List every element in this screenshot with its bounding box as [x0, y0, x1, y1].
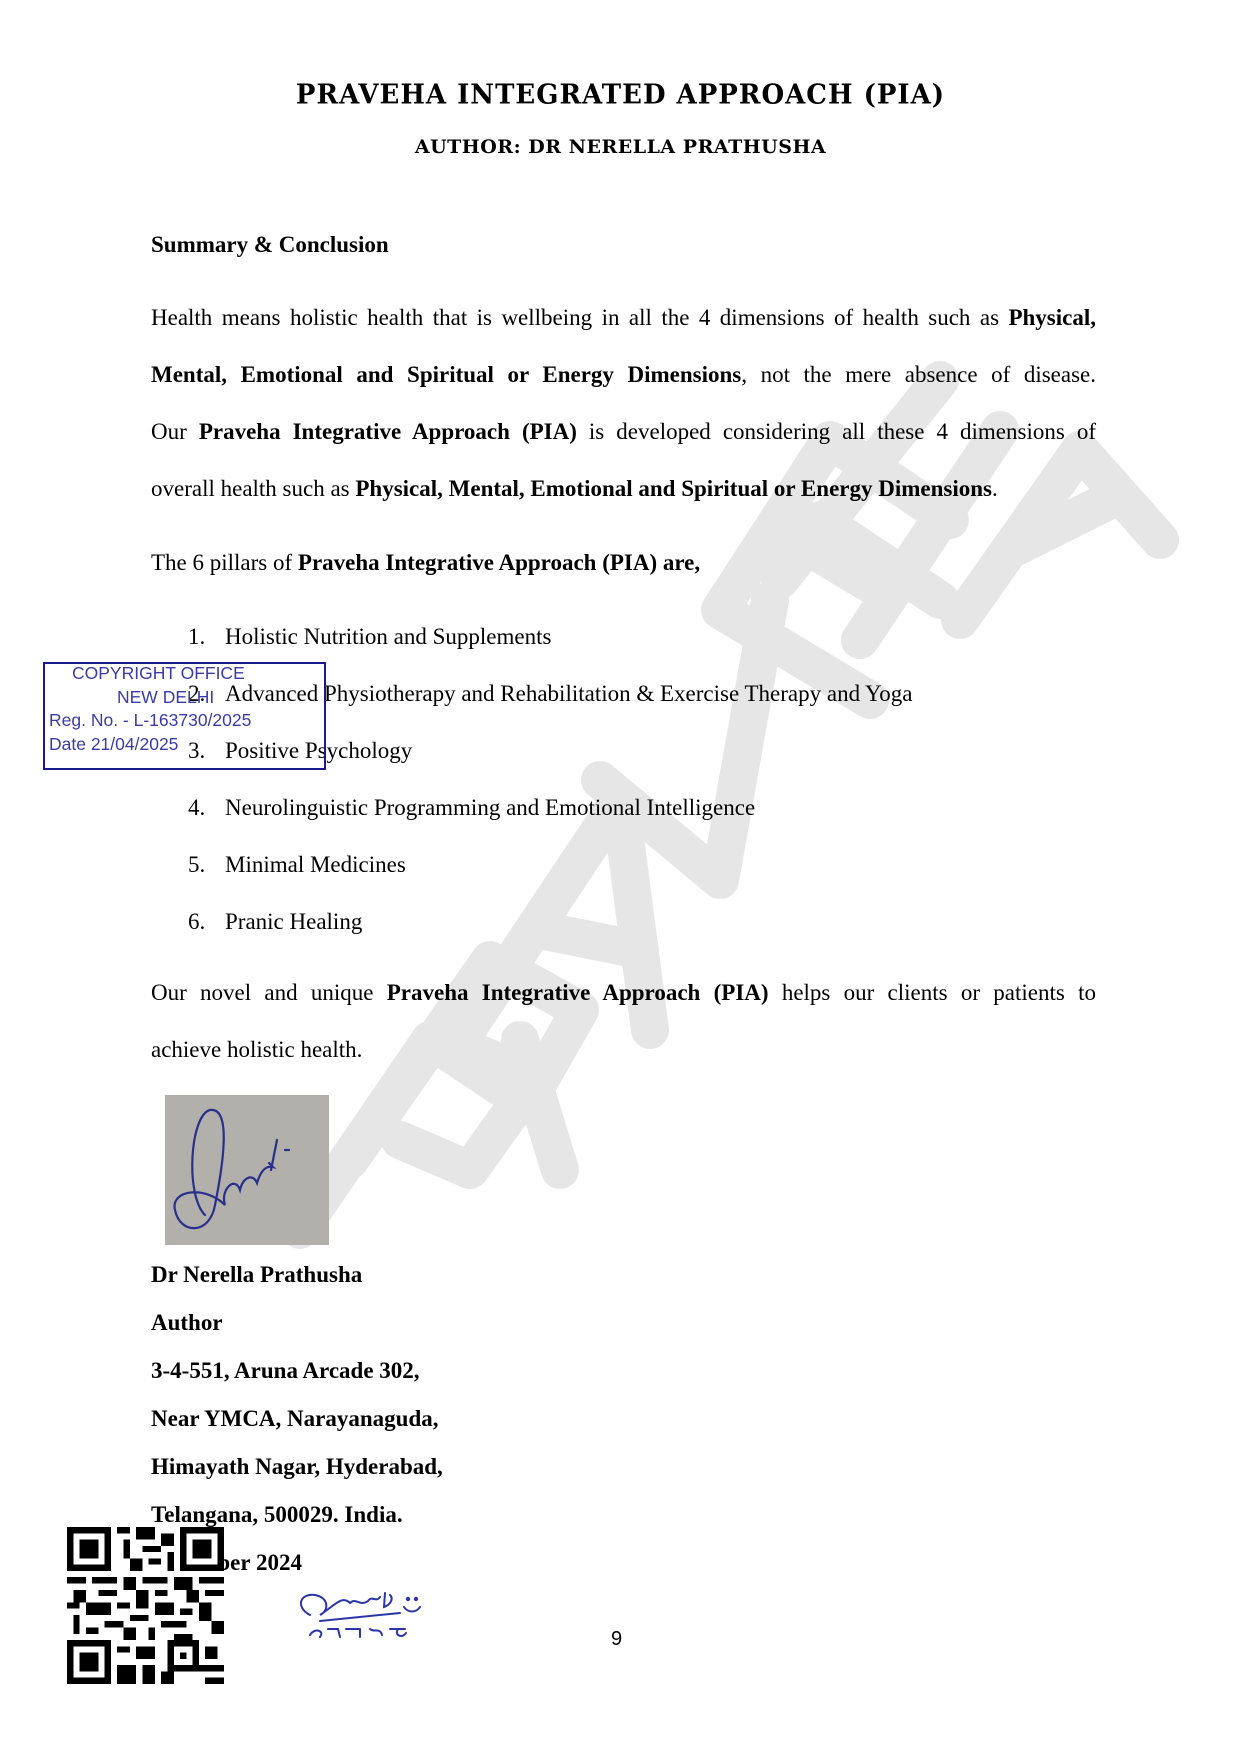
page-number: 9	[611, 1628, 622, 1651]
pillar-list-item: 6.Pranic Healing	[188, 909, 362, 935]
paragraph-1-line-1: Health means holistic health that is wel…	[151, 305, 1096, 331]
stamp-line: Date 21/04/2025	[45, 733, 324, 757]
list-label: Holistic Nutrition and Supplements	[225, 624, 551, 649]
text-run: Our	[151, 419, 199, 444]
praveha-watermark	[0, 0, 1241, 1755]
list-number: 5.	[188, 852, 225, 878]
text-run-bold: Praveha Integrative Approach (PIA)	[387, 980, 769, 1005]
pillar-list-item: 1.Holistic Nutrition and Supplements	[188, 624, 551, 650]
qr-code-icon[interactable]	[67, 1527, 224, 1684]
list-label: Pranic Healing	[225, 909, 362, 934]
text-run: Our novel and unique	[151, 980, 387, 1005]
conclusion-line-1: Our novel and unique Praveha Integrative…	[151, 980, 1096, 1006]
author-name: Dr Nerella Prathusha	[151, 1262, 362, 1288]
text-run-bold: Mental, Emotional and Spiritual or Energ…	[151, 362, 741, 387]
stamp-line: COPYRIGHT OFFICE	[45, 662, 324, 686]
list-number: 1.	[188, 624, 225, 650]
address-line: 3-4-551, Aruna Arcade 302,	[151, 1358, 420, 1384]
paragraph-1-line-4: overall health such as Physical, Mental,…	[151, 476, 998, 502]
text-run: , not the mere absence of disease.	[741, 362, 1096, 387]
copyright-office-stamp: COPYRIGHT OFFICE NEW DELHI Reg. No. - L-…	[43, 662, 326, 770]
author-signature-image	[165, 1095, 329, 1245]
list-number: 6.	[188, 909, 225, 935]
text-run: Health means holistic health that is wel…	[151, 305, 1008, 330]
paragraph-1-line-2: Mental, Emotional and Spiritual or Energ…	[151, 362, 1096, 388]
pillars-intro: The 6 pillars of Praveha Integrative App…	[151, 550, 700, 576]
address-line: Near YMCA, Narayanaguda,	[151, 1406, 439, 1432]
pillar-list-item: 4.Neurolinguistic Programming and Emotio…	[188, 795, 755, 821]
text-run-bold: Physical,	[1008, 305, 1096, 330]
list-label: Neurolinguistic Programming and Emotiona…	[225, 795, 755, 820]
author-role: Author	[151, 1310, 223, 1336]
paragraph-1-line-3: Our Praveha Integrative Approach (PIA) i…	[151, 419, 1096, 445]
pillar-list-item: 5.Minimal Medicines	[188, 852, 406, 878]
document-author-subtitle: AUTHOR: DR NERELLA PRATHUSHA	[0, 136, 1241, 158]
document-title: PRAVEHA INTEGRATED APPROACH (PIA)	[0, 79, 1241, 111]
stamp-line: NEW DELHI	[45, 686, 324, 710]
text-run: is developed considering all these 4 dim…	[577, 419, 1096, 444]
stamp-line: Reg. No. - L-163730/2025	[45, 709, 324, 733]
signature-icon	[165, 1095, 329, 1245]
list-label: Minimal Medicines	[225, 852, 406, 877]
text-run: helps our clients or patients to	[769, 980, 1096, 1005]
address-line: Telangana, 500029. India.	[151, 1502, 403, 1528]
list-number: 4.	[188, 795, 225, 821]
text-run: The 6 pillars of	[151, 550, 298, 575]
text-run: overall health such as	[151, 476, 355, 501]
official-signature-icon	[290, 1585, 465, 1645]
section-heading: Summary & Conclusion	[151, 232, 389, 258]
conclusion-line-2: achieve holistic health.	[151, 1037, 362, 1063]
text-run: .	[992, 476, 998, 501]
text-run-bold: Praveha Integrative Approach (PIA) are,	[298, 550, 700, 575]
list-label: Advanced Physiotherapy and Rehabilitatio…	[225, 681, 913, 706]
text-run-bold: Physical, Mental, Emotional and Spiritua…	[355, 476, 992, 501]
address-line: Himayath Nagar, Hyderabad,	[151, 1454, 443, 1480]
text-run-bold: Praveha Integrative Approach (PIA)	[199, 419, 577, 444]
